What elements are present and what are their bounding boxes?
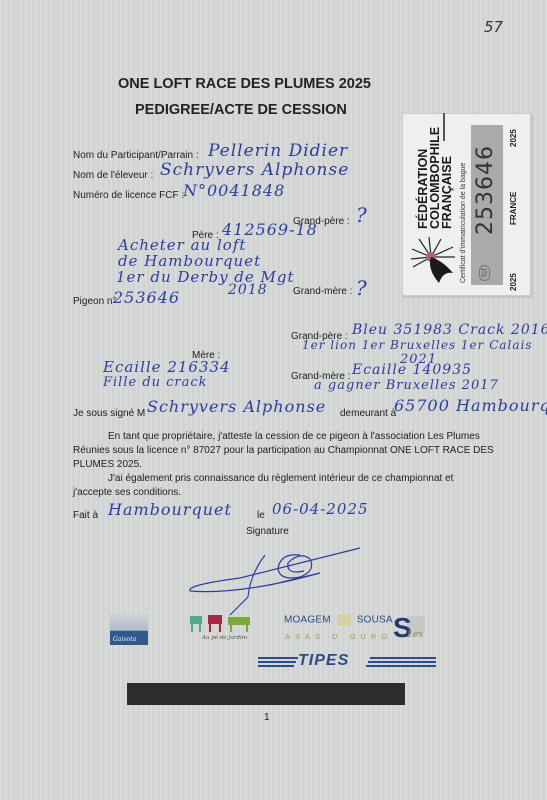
ring-year-right: 2025 — [509, 129, 518, 147]
made-at-label: Fait à — [73, 510, 98, 521]
federation-name: FÉDÉRATION COLOMBOPHILE FRANÇAISE — [417, 127, 453, 229]
sponsor-logos: Gaivota Au pé do Jardim MOAGEMSOUSA ASAS… — [0, 610, 547, 650]
ring-country: FRANCE — [509, 192, 518, 225]
mother-grandfather-note-1[interactable]: 1er lion 1er Bruxelles 1er Calais — [302, 338, 533, 352]
sl-lex-logo: S Lex — [393, 610, 427, 644]
father-grandmother-label: Grand-mère : — [293, 286, 352, 297]
gaivota-logo-icon: Gaivota — [110, 613, 148, 645]
fcf-mini-logo-icon: fcf — [479, 265, 490, 281]
breeder-field[interactable]: Schryvers Alphonse — [160, 160, 349, 180]
ring-year-left: 2025 — [509, 273, 518, 291]
father-note-4[interactable]: 2018 — [228, 282, 268, 298]
pen-mark — [443, 113, 445, 141]
signature-drawing[interactable] — [180, 545, 380, 620]
tipes-logo: TIPES — [258, 654, 436, 670]
residing-field[interactable]: 65700 Hambourquet — [394, 396, 547, 415]
moagem-sousa-logo: MOAGEMSOUSA — [284, 614, 393, 626]
participant-field[interactable]: Pellerin Didier — [208, 141, 348, 161]
mother-grandmother-note[interactable]: a gagner Bruxelles 2017 — [314, 378, 499, 393]
pigeon-number-field[interactable]: 253646 — [113, 288, 180, 307]
mother-grandfather-field[interactable]: Bleu 351983 Crack 2016 — [352, 322, 547, 338]
father-grandmother-field[interactable]: ? — [356, 276, 368, 300]
date-field[interactable]: 06-04-2025 — [272, 500, 368, 518]
pigeon-number-label: Pigeon n° — [73, 296, 116, 307]
asas-douro-caption: ASAS D OURO — [285, 632, 392, 641]
mother-note[interactable]: Fille du crack — [103, 375, 208, 390]
ring-number: 253646 — [473, 145, 498, 235]
signed-label: Je sous signé M — [73, 408, 145, 419]
date-label: le — [257, 510, 265, 521]
breeder-label: Nom de l'éleveur : — [73, 170, 153, 181]
page-annotation: 57 — [484, 18, 503, 36]
redaction-bar — [127, 683, 405, 705]
signature-label: Signature — [246, 526, 289, 537]
page-number: 1 — [264, 712, 270, 723]
cession-paragraph: En tant que propriétaire, j'atteste la c… — [73, 430, 494, 472]
rules-paragraph: J'ai également pris connaissance du règl… — [73, 472, 453, 500]
signed-name-field[interactable]: Schryvers Alphonse — [147, 397, 326, 416]
pigeon-emblem-icon — [409, 235, 459, 287]
made-at-field[interactable]: Hambourquet — [108, 500, 232, 519]
horses-logo-icon: Au pé do Jardim — [188, 612, 254, 642]
page-title: ONE LOFT RACE DES PLUMES 2025 — [118, 76, 547, 92]
residing-label: demeurant à — [340, 408, 396, 419]
license-field[interactable]: N°0041848 — [183, 181, 285, 200]
certificate-caption: Certificat d'immatriculation de la bague — [460, 163, 467, 283]
license-label: Numéro de licence FCF : — [73, 190, 184, 201]
ring-certificate-card: FÉDÉRATION COLOMBOPHILE FRANÇAISE Certif… — [402, 113, 531, 296]
mother-field[interactable]: Ecaille 216334 — [103, 358, 231, 376]
father-grandfather-field[interactable]: ? — [356, 203, 368, 227]
mother-grandmother-field[interactable]: Ecaille 140935 — [352, 362, 472, 378]
